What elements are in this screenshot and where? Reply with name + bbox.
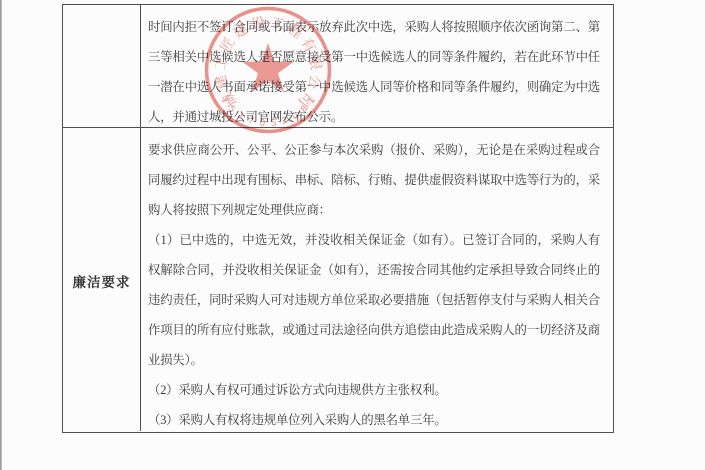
row1-text-cell: 时间内拒不签订合同或书面表示放弃此次中选，采购人将按照顺序依次函询第二、第 三等… [148, 12, 600, 132]
text-line: 人，并通过城投公司官网发布公示。 [148, 102, 600, 132]
table-column-divider [140, 4, 141, 431]
text-line: 时间内拒不签订合同或书面表示放弃此次中选，采购人将按照顺序依次函询第二、第 [148, 12, 600, 42]
text-line: 违约责任，同时采购人可对违规方单位采取必要措施（包括暂停支付与采购人相关合 [148, 285, 600, 315]
row2-text-cell: 要求供应商公开、公平、公正参与本次采购（报价、采购），无论是在采购过程或合 同履… [148, 135, 600, 435]
text-line: 一潜在中选人书面承诺接受第一中选候选人同等价格和同等条件履约，则确定为中选 [148, 72, 600, 102]
scan-left-edge [0, 0, 2, 470]
text-line: （1）已中选的，中选无效，并没收相关保证金（如有）。已签订合同的，采购人有 [148, 225, 600, 255]
text-line: 购人将按照下列规定处理供应商： [148, 195, 600, 225]
text-line: 同履约过程中出现有围标、串标、陪标、行贿、提供虚假资料谋取中选等行为的，采 [148, 165, 600, 195]
text-line: （2）采购人有权可通过诉讼方式向违规供方主张权利。 [148, 375, 600, 405]
scanned-document-page: 廉洁要求 时间内拒不签订合同或书面表示放弃此次中选，采购人将按照顺序依次函询第二… [0, 0, 705, 470]
text-line: 要求供应商公开、公平、公正参与本次采购（报价、采购），无论是在采购过程或合 [148, 135, 600, 165]
row-label-integrity-requirements: 廉洁要求 [63, 273, 140, 293]
text-line: 权解除合同，并没收相关保证金（如有），还需按合同其他约定承担导致合同终止的 [148, 255, 600, 285]
text-line: 业损失）。 [148, 345, 600, 375]
text-line: （3）采购人有权将违规单位列入采购人的黑名单三年。 [148, 405, 600, 435]
text-line: 三等相关中选候选人是否愿意接受第一中选候选人的同等条件履约，若在此环节中任 [148, 42, 600, 72]
text-line: 作项目的所有应付账款，或通过司法途径向供方追偿由此造成采购人的一切经济及商 [148, 315, 600, 345]
